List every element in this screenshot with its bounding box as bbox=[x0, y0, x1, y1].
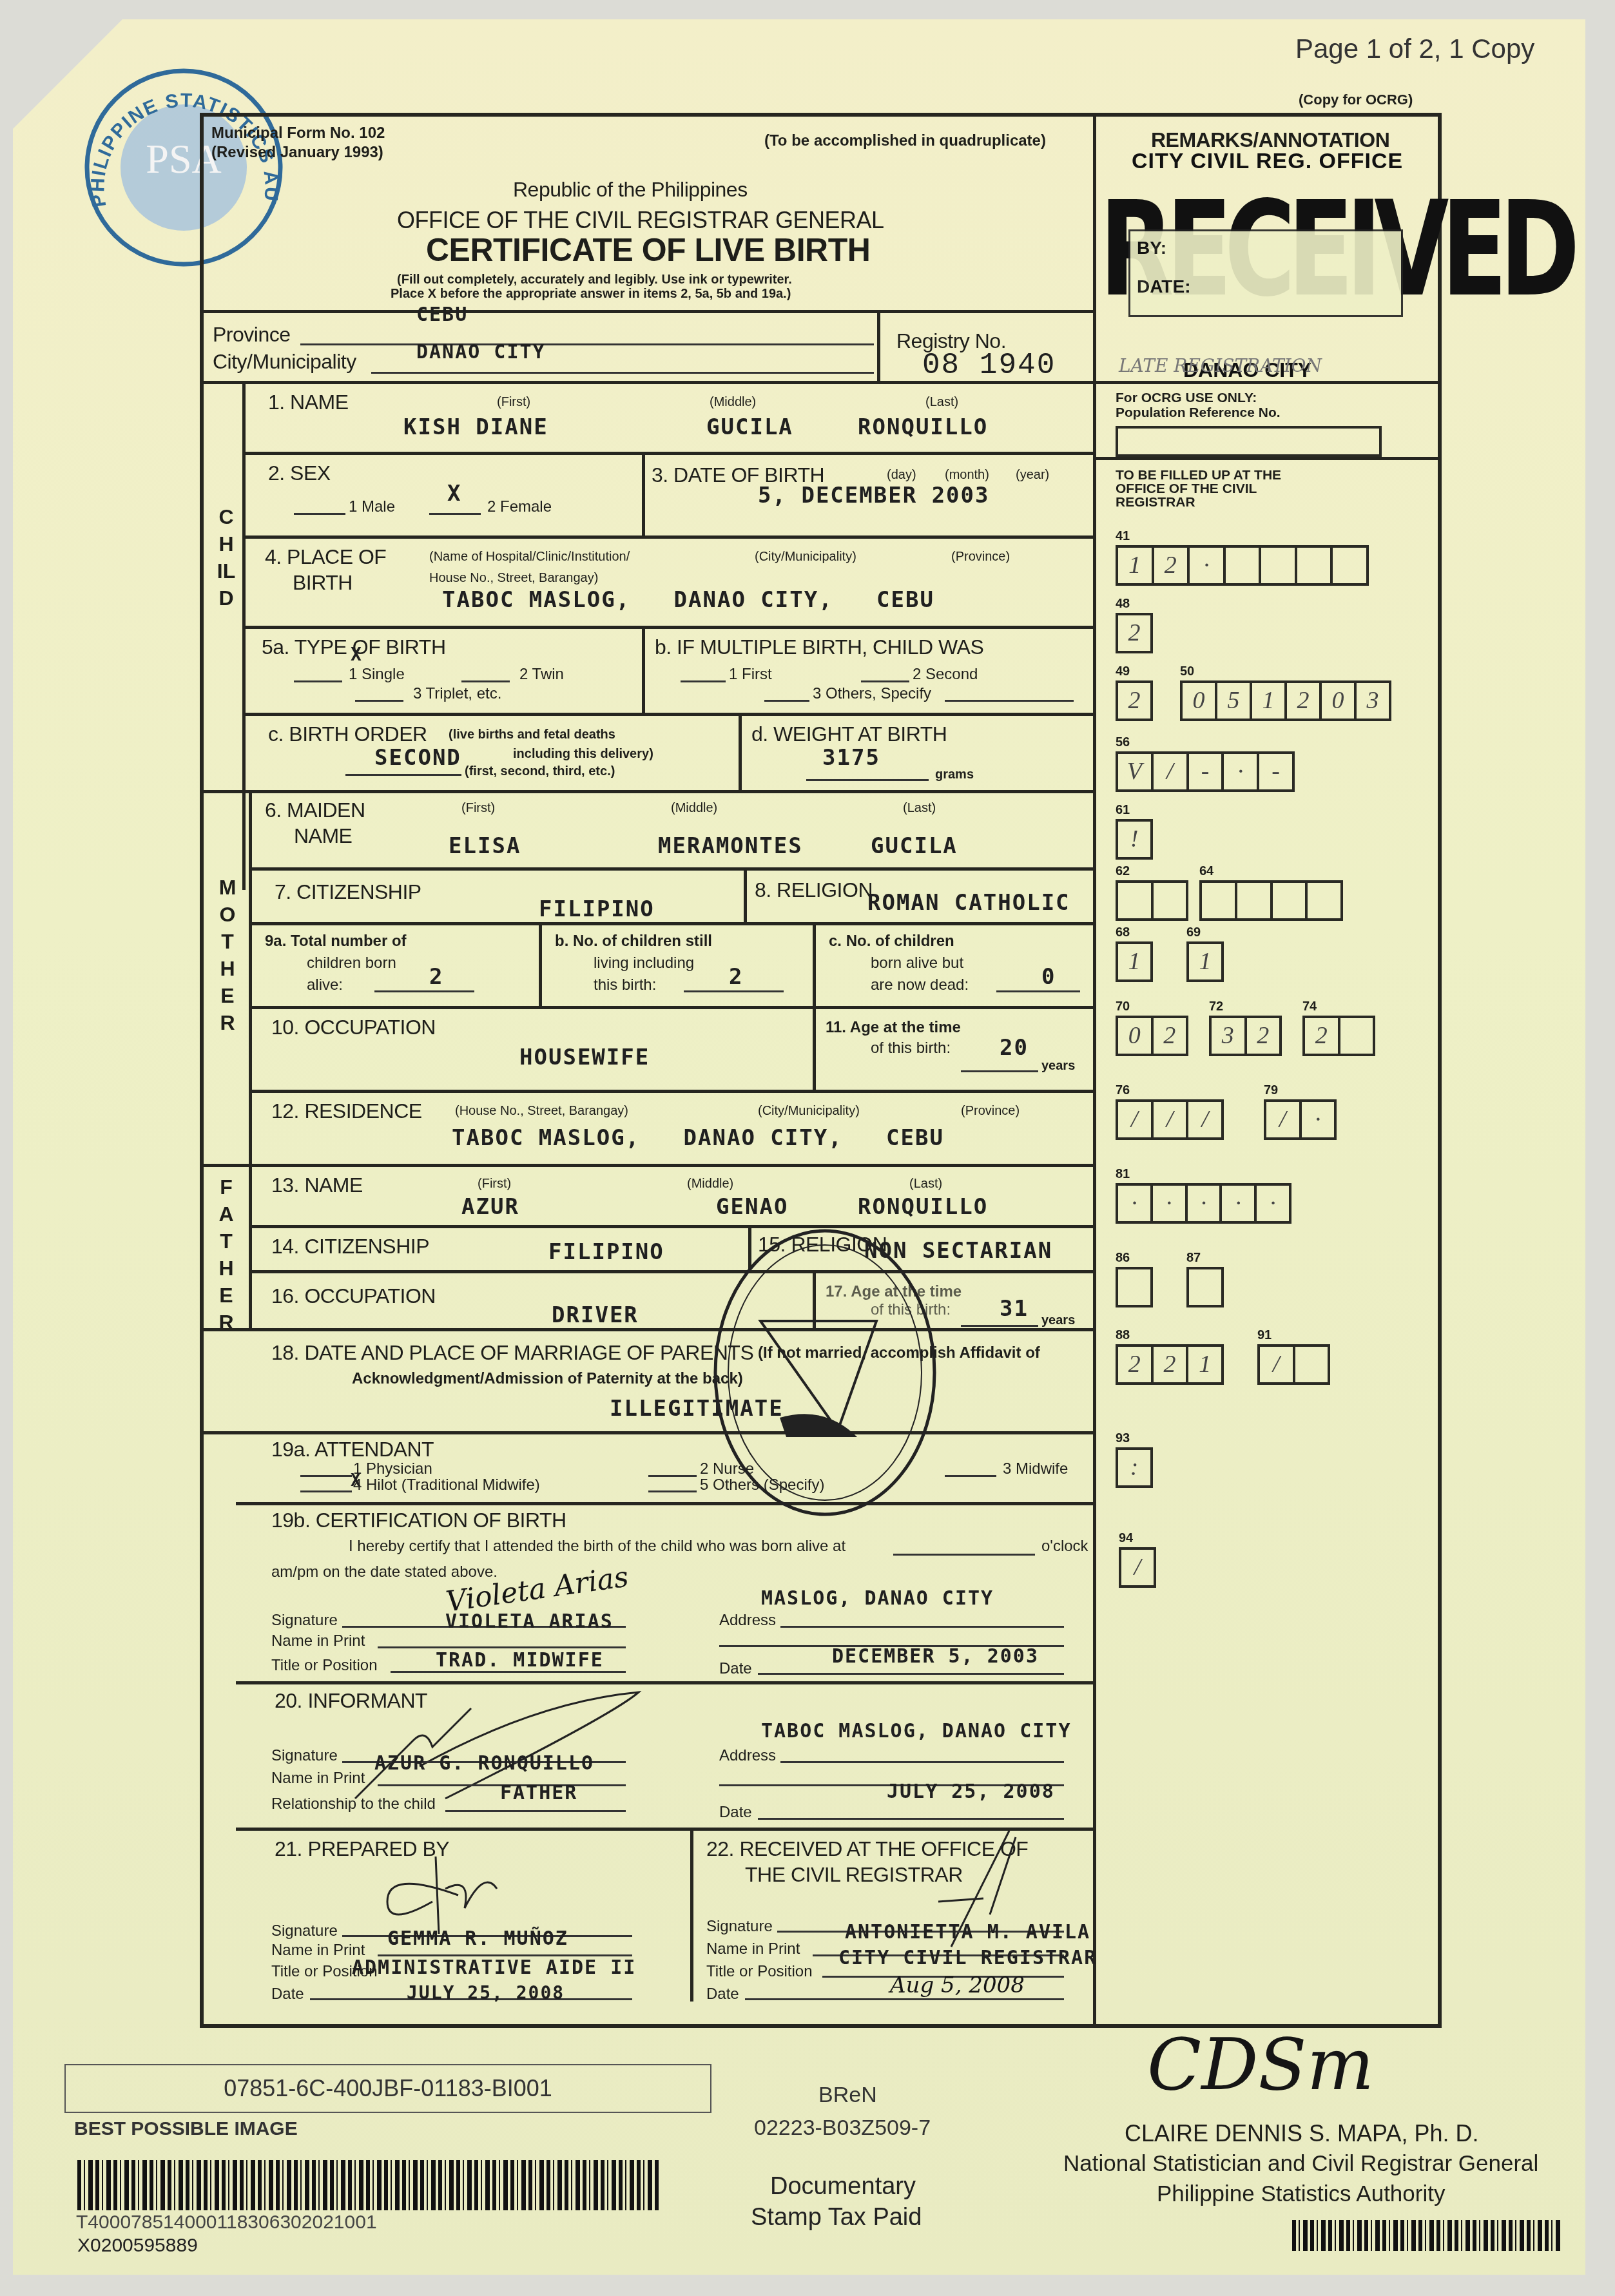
code-93-box[interactable]: : bbox=[1116, 1447, 1153, 1488]
weight-label: d. WEIGHT AT BIRTH bbox=[751, 722, 947, 746]
bren-label: BReN bbox=[818, 2083, 877, 2108]
code-74-label: 74 bbox=[1302, 999, 1317, 1014]
barcode-small bbox=[1292, 2220, 1563, 2251]
certification-oclock: o'clock bbox=[1041, 1538, 1088, 1556]
name-in-print-label: Name in Print bbox=[271, 1632, 365, 1650]
stamp-tax-line-2: Stamp Tax Paid bbox=[751, 2204, 922, 2232]
instructions-line-1: (Fill out completely, accurately and leg… bbox=[397, 273, 792, 287]
residence-city-hint: (City/Municipality) bbox=[758, 1104, 860, 1119]
attendant-midwife-option[interactable]: 3 Midwife bbox=[1003, 1460, 1068, 1478]
date-label: Date bbox=[719, 1660, 752, 1678]
fill-up-note-3: REGISTRAR bbox=[1116, 495, 1195, 510]
bren-value: 02223-B03Z509-7 bbox=[754, 2116, 931, 2141]
barcode-text-2: X0200595889 bbox=[77, 2235, 198, 2257]
father-age: 31 bbox=[1000, 1296, 1029, 1322]
code-62-boxes[interactable] bbox=[1116, 880, 1188, 921]
code-49-label: 49 bbox=[1116, 664, 1130, 679]
sex-female-option[interactable]: 2 Female bbox=[487, 498, 552, 516]
title-label: Title or Position bbox=[271, 1963, 378, 1981]
prepared-signature bbox=[374, 1850, 503, 1940]
code-74-boxes[interactable]: 2 bbox=[1302, 1016, 1375, 1056]
stamp-by-label: BY: bbox=[1137, 238, 1166, 258]
address-label: Address bbox=[719, 1747, 776, 1765]
signature-label: Signature bbox=[271, 1612, 338, 1630]
certification-text-2: am/pm on the date stated above. bbox=[271, 1563, 498, 1581]
weight-unit: grams bbox=[935, 767, 974, 782]
code-86-box[interactable] bbox=[1116, 1267, 1153, 1307]
late-registration-note: LATE REGISTRATION bbox=[1119, 355, 1322, 376]
code-49-box[interactable]: 2 bbox=[1116, 680, 1153, 721]
page-title: CERTIFICATE OF LIVE BIRTH bbox=[426, 231, 870, 269]
mother-section-label: MOTHER bbox=[218, 874, 244, 1036]
code-64-boxes[interactable] bbox=[1199, 880, 1343, 921]
pob-province-hint: (Province) bbox=[951, 550, 1010, 564]
city-label: City/Municipality bbox=[213, 350, 356, 374]
code-72-label: 72 bbox=[1209, 999, 1223, 1014]
code-81-label: 81 bbox=[1116, 1167, 1130, 1182]
type-twin-option[interactable]: 2 Twin bbox=[519, 666, 564, 684]
code-64-label: 64 bbox=[1199, 864, 1214, 879]
received-title: CITY CIVIL REGISTRAR bbox=[838, 1947, 1097, 1969]
code-72-boxes[interactable]: 32 bbox=[1209, 1016, 1282, 1056]
received-date: Aug 5, 2008 bbox=[890, 1973, 1025, 1998]
pob-hint-2: House No., Street, Barangay) bbox=[429, 571, 598, 586]
father-middle-name: GENAO bbox=[716, 1194, 788, 1220]
marriage-hint-2: Acknowledgment/Admission of Paternity at… bbox=[352, 1370, 743, 1388]
code-88-label: 88 bbox=[1116, 1328, 1130, 1343]
code-87-box[interactable] bbox=[1186, 1267, 1224, 1307]
mother-age: 20 bbox=[1000, 1035, 1029, 1061]
barcode-main bbox=[77, 2160, 661, 2210]
mother-last-name: GUCILA bbox=[871, 833, 958, 859]
sex-label: 2. SEX bbox=[268, 461, 331, 485]
stamp-tax-line-1: Documentary bbox=[770, 2173, 916, 2201]
dead-children-value: 0 bbox=[1041, 964, 1056, 990]
code-56-label: 56 bbox=[1116, 735, 1130, 750]
address-label: Address bbox=[719, 1612, 776, 1630]
population-ref-label: Population Reference No. bbox=[1116, 405, 1281, 421]
father-first-name: AZUR bbox=[461, 1194, 519, 1220]
city-value: DANAO CITY bbox=[416, 341, 546, 363]
code-94-box[interactable]: / bbox=[1119, 1547, 1156, 1588]
total-children-label: 9a. Total number of bbox=[265, 932, 407, 950]
accomplish-note: (To be accomplished in quadruplicate) bbox=[764, 132, 1046, 150]
living-children-label: b. No. of children still bbox=[555, 932, 712, 950]
serial-number: 07851-6C-400JBF-01183-BI001 bbox=[224, 2075, 552, 2101]
pob-value: TABOC MASLOG, DANAO CITY, CEBU bbox=[442, 587, 934, 613]
mother-religion: ROMAN CATHOLIC bbox=[867, 890, 1070, 916]
pob-label-2: BIRTH bbox=[293, 571, 353, 595]
code-61-label: 61 bbox=[1116, 803, 1130, 818]
province-value: CEBU bbox=[416, 304, 468, 326]
dob-day-hint: (day) bbox=[887, 468, 916, 483]
living-children-label-2: living including bbox=[594, 954, 694, 972]
name-in-print-label: Name in Print bbox=[271, 1770, 365, 1788]
page-info: Page 1 of 2, 1 Copy bbox=[1295, 34, 1534, 64]
prepared-date: JULY 25, 2008 bbox=[407, 1982, 565, 2003]
date-label: Date bbox=[719, 1804, 752, 1822]
title-label: Title or Position bbox=[706, 1963, 813, 1981]
informant-address: TABOC MASLOG, DANAO CITY bbox=[761, 1720, 1071, 1742]
ocrg-use-only: For OCRG USE ONLY: bbox=[1116, 391, 1257, 406]
code-48-box[interactable]: 2 bbox=[1116, 613, 1153, 653]
first-hint: (First) bbox=[461, 801, 495, 816]
dob-month-hint: (month) bbox=[945, 468, 989, 483]
stamp-date-label: DATE: bbox=[1137, 276, 1190, 297]
father-name-label: 13. NAME bbox=[271, 1173, 363, 1197]
residence-province-hint: (Province) bbox=[961, 1104, 1020, 1119]
attendant-date: DECEMBER 5, 2003 bbox=[832, 1645, 1039, 1668]
sex-male-option[interactable]: 1 Male bbox=[349, 498, 395, 516]
code-48-label: 48 bbox=[1116, 597, 1130, 612]
code-56-boxes[interactable]: V/-·- bbox=[1116, 751, 1295, 792]
pob-label-1: 4. PLACE OF bbox=[265, 545, 386, 569]
relationship-label: Relationship to the child bbox=[271, 1795, 436, 1813]
code-76-boxes[interactable]: /// bbox=[1116, 1099, 1224, 1140]
mother-age-unit: years bbox=[1041, 1059, 1075, 1074]
marriage-label: 18. DATE AND PLACE OF MARRIAGE OF PARENT… bbox=[271, 1341, 753, 1365]
certification-label: 19b. CERTIFICATION OF BIRTH bbox=[271, 1509, 566, 1532]
last-hint: (Last) bbox=[909, 1177, 942, 1191]
child-last-name: RONQUILLO bbox=[858, 414, 988, 440]
order-hint-1: (live births and fetal deaths bbox=[449, 728, 615, 742]
registry-number: 08 1940 bbox=[922, 349, 1056, 382]
order-hint-2: including this delivery) bbox=[513, 747, 653, 762]
pob-city-hint: (City/Municipality) bbox=[755, 550, 856, 564]
code-70-label: 70 bbox=[1116, 999, 1130, 1014]
received-name: ANTONIETTA M. AVILA bbox=[845, 1921, 1090, 1944]
multiple-others-option[interactable]: 3 Others, Specify bbox=[813, 685, 931, 703]
name-in-print-label: Name in Print bbox=[706, 1940, 800, 1958]
barcode-text-1: T400078514000118306302021001 bbox=[76, 2212, 377, 2233]
child-first-name: KISH DIANE bbox=[403, 414, 548, 440]
multiple-second-option[interactable]: 2 Second bbox=[913, 666, 978, 684]
province-label: Province bbox=[213, 323, 291, 347]
birth-order-value: SECOND bbox=[374, 745, 461, 771]
attendant-physician-option[interactable]: 1 Physician bbox=[353, 1460, 432, 1478]
form-revised: (Revised January 1993) bbox=[211, 144, 383, 162]
mother-age-label-2: of this birth: bbox=[871, 1039, 951, 1057]
birth-certificate-form: Municipal Form No. 102 (Revised January … bbox=[200, 113, 1442, 2028]
code-68-label: 68 bbox=[1116, 925, 1130, 940]
code-69-label: 69 bbox=[1186, 925, 1201, 940]
maiden-label-2: NAME bbox=[294, 824, 352, 848]
birth-order-label: c. BIRTH ORDER bbox=[268, 722, 427, 746]
residence-hint: (House No., Street, Barangay) bbox=[455, 1104, 628, 1119]
child-middle-name: GUCILA bbox=[706, 414, 793, 440]
code-91-boxes[interactable]: / bbox=[1257, 1344, 1330, 1385]
first-hint: (First) bbox=[478, 1177, 511, 1191]
copy-for-ocrg: (Copy for OCRG) bbox=[1299, 92, 1413, 108]
code-68-box[interactable]: 1 bbox=[1116, 941, 1153, 982]
informant-name: AZUR G. RONQUILLO bbox=[374, 1752, 594, 1775]
code-69-box[interactable]: 1 bbox=[1186, 941, 1224, 982]
dead-children-label: c. No. of children bbox=[829, 932, 954, 950]
living-children-value: 2 bbox=[729, 964, 743, 990]
code-81-boxes[interactable]: ····· bbox=[1116, 1183, 1291, 1224]
dead-children-label-2: born alive but bbox=[871, 954, 963, 972]
child-section-label: CHILD bbox=[217, 503, 242, 612]
total-children-value: 2 bbox=[429, 964, 443, 990]
mother-citizenship-label: 7. CITIZENSHIP bbox=[275, 880, 421, 904]
middle-hint: (Middle) bbox=[687, 1177, 733, 1191]
informant-signature-icon bbox=[342, 1689, 652, 1805]
date-label: Date bbox=[706, 1985, 739, 2003]
sex-mark: X bbox=[447, 481, 461, 506]
instructions-line-2: Place X before the appropriate answer in… bbox=[391, 287, 791, 302]
father-citizenship: FILIPINO bbox=[548, 1239, 664, 1265]
mother-occupation-label: 10. OCCUPATION bbox=[271, 1016, 436, 1039]
stamp-office: CITY CIVIL REG. OFFICE bbox=[1132, 149, 1403, 174]
maiden-label-1: 6. MAIDEN bbox=[265, 798, 365, 822]
last-hint: (Last) bbox=[903, 801, 936, 816]
type-single-option[interactable]: 1 Single bbox=[349, 666, 405, 684]
middle-hint: (Middle) bbox=[671, 801, 717, 816]
prepared-name: GEMMA R. MUÑOZ bbox=[387, 1927, 568, 1950]
code-91-label: 91 bbox=[1257, 1328, 1272, 1343]
signatory-org: Philippine Statistics Authority bbox=[1157, 2181, 1445, 2207]
code-88-boxes[interactable]: 221 bbox=[1116, 1344, 1224, 1385]
serial-box: 07851-6C-400JBF-01183-BI001 bbox=[64, 2064, 711, 2113]
type-mark: X bbox=[351, 644, 363, 665]
signature-label: Signature bbox=[271, 1922, 338, 1940]
father-section-label: FATHER bbox=[217, 1173, 242, 1336]
title-label: Title or Position bbox=[271, 1657, 378, 1675]
attendant-address: MASLOG, DANAO CITY bbox=[761, 1587, 994, 1610]
residence-label: 12. RESIDENCE bbox=[271, 1099, 422, 1123]
pob-hint: (Name of Hospital/Clinic/Institution/ bbox=[429, 550, 630, 564]
code-76-label: 76 bbox=[1116, 1083, 1130, 1098]
certification-text: I hereby certify that I attended the bir… bbox=[349, 1538, 846, 1556]
child-name-label: 1. NAME bbox=[268, 391, 349, 414]
mother-first-name: ELISA bbox=[449, 833, 521, 859]
multiple-birth-label: b. IF MULTIPLE BIRTH, CHILD WAS bbox=[655, 635, 983, 659]
informant-relationship: FATHER bbox=[500, 1782, 577, 1804]
informant-date: JULY 25, 2008 bbox=[887, 1780, 1055, 1803]
signature-label: Signature bbox=[271, 1747, 338, 1765]
mother-religion-label: 8. RELIGION bbox=[755, 878, 873, 902]
received-stamp: CITY CIVIL REG. OFFICE RECEIVED BY: DATE… bbox=[1099, 149, 1435, 381]
total-children-label-3: alive: bbox=[307, 976, 343, 994]
informant-signature bbox=[342, 1689, 652, 1805]
last-hint: (Last) bbox=[925, 395, 958, 410]
signatory-title: National Statistician and Civil Registra… bbox=[1063, 2151, 1538, 2177]
code-87-label: 87 bbox=[1186, 1251, 1201, 1266]
attendant-hilot-option[interactable]: 4 Hilot (Traditional Midwife) bbox=[353, 1476, 540, 1494]
population-ref-input[interactable] bbox=[1116, 426, 1382, 457]
father-citizenship-label: 14. CITIZENSHIP bbox=[271, 1235, 429, 1259]
father-occupation: DRIVER bbox=[552, 1302, 639, 1328]
attendant-name: VIOLETA ARIAS bbox=[445, 1610, 614, 1633]
code-94-label: 94 bbox=[1119, 1531, 1133, 1546]
code-79-label: 79 bbox=[1264, 1083, 1278, 1098]
mother-occupation: HOUSEWIFE bbox=[519, 1045, 650, 1070]
form-number: Municipal Form No. 102 bbox=[211, 124, 385, 142]
living-children-label-3: this birth: bbox=[594, 976, 656, 994]
stamp-inner-box: BY: DATE: bbox=[1128, 229, 1403, 317]
code-86-label: 86 bbox=[1116, 1251, 1130, 1266]
mother-middle-name: MERAMONTES bbox=[658, 833, 803, 859]
name-in-print-label: Name in Print bbox=[271, 1942, 365, 1960]
middle-hint: (Middle) bbox=[710, 395, 756, 410]
code-41-boxes[interactable]: 12· bbox=[1116, 545, 1369, 586]
signatory-signature: CDSm bbox=[1147, 2023, 1374, 2106]
attendant-label: 19a. ATTENDANT bbox=[271, 1438, 434, 1462]
civil-registrar-dry-seal bbox=[709, 1224, 941, 1521]
father-last-name: RONQUILLO bbox=[858, 1194, 988, 1220]
signatory-name: CLAIRE DENNIS S. MAPA, Ph. D. bbox=[1125, 2120, 1478, 2147]
best-possible-image: BEST POSSIBLE IMAGE bbox=[74, 2118, 298, 2140]
dob-value: 5, DECEMBER 2003 bbox=[758, 483, 990, 508]
signature-label: Signature bbox=[706, 1918, 773, 1936]
mother-age-label: 11. Age at the time bbox=[826, 1019, 961, 1037]
seal-emblem-icon bbox=[709, 1224, 941, 1521]
multiple-first-option[interactable]: 1 First bbox=[729, 666, 772, 684]
code-62-label: 62 bbox=[1116, 864, 1130, 879]
date-label: Date bbox=[271, 1985, 304, 2003]
code-79-boxes[interactable]: /· bbox=[1264, 1099, 1337, 1140]
code-50-label: 50 bbox=[1180, 664, 1194, 679]
code-61-box[interactable]: ! bbox=[1116, 819, 1153, 860]
father-age-unit: years bbox=[1041, 1313, 1075, 1328]
office-label: OFFICE OF THE CIVIL REGISTRAR GENERAL bbox=[397, 207, 884, 234]
attendant-title: TRAD. MIDWIFE bbox=[436, 1649, 604, 1672]
weight-value: 3175 bbox=[822, 745, 880, 771]
code-41-label: 41 bbox=[1116, 529, 1130, 544]
dob-year-hint: (year) bbox=[1016, 468, 1049, 483]
total-children-label-2: children born bbox=[307, 954, 396, 972]
dead-children-label-3: are now dead: bbox=[871, 976, 969, 994]
republic-label: Republic of the Philippines bbox=[513, 178, 748, 202]
father-occupation-label: 16. OCCUPATION bbox=[271, 1284, 436, 1308]
residence-value: TABOC MASLOG, DANAO CITY, CEBU bbox=[452, 1125, 944, 1151]
type-triplet-option[interactable]: 3 Triplet, etc. bbox=[413, 685, 501, 703]
code-70-boxes[interactable]: 02 bbox=[1116, 1016, 1188, 1056]
code-93-label: 93 bbox=[1116, 1431, 1130, 1446]
first-hint: (First) bbox=[497, 395, 530, 410]
mother-citizenship: FILIPINO bbox=[539, 896, 655, 922]
order-hint-3: (first, second, third, etc.) bbox=[465, 764, 615, 779]
prepared-signature-icon bbox=[374, 1850, 503, 1940]
code-50-boxes[interactable]: 051203 bbox=[1180, 680, 1391, 721]
prepared-title: ADMINISTRATIVE AIDE II bbox=[352, 1956, 636, 1979]
